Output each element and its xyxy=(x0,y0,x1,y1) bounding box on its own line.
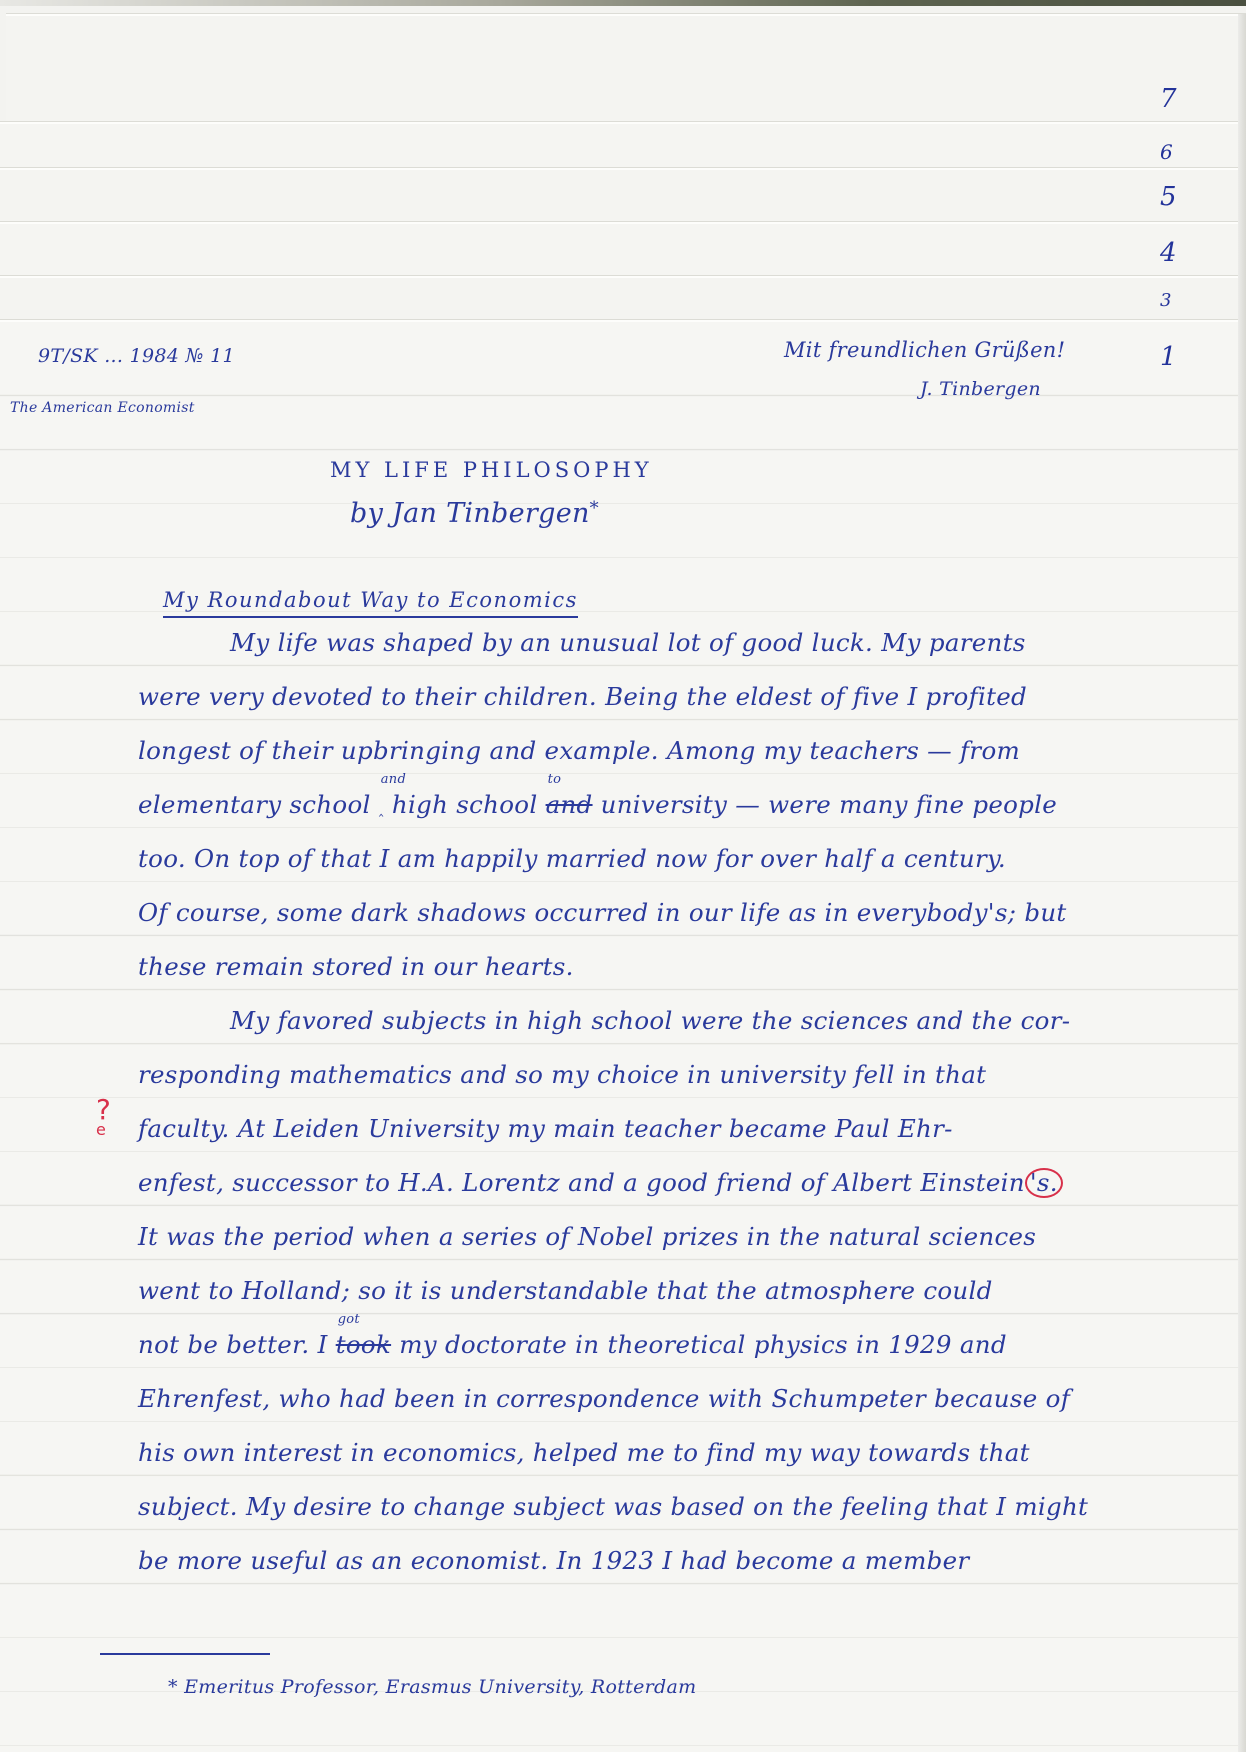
body-line-3: longest of their upbringing and example.… xyxy=(138,736,1228,765)
body-line-17: subject. My desire to change subject was… xyxy=(138,1492,1228,1521)
section-heading: My Roundabout Way to Economics xyxy=(163,588,578,618)
body-line-2: were very devoted to their children. Bei… xyxy=(138,682,1228,711)
footnote-text: * Emeritus Professor, Erasmus University… xyxy=(168,1676,696,1698)
text-elementary-school: elementary school xyxy=(138,790,371,819)
document-title: MY LIFE PHILOSOPHY xyxy=(330,458,653,482)
text-not-be-better: not be better. I xyxy=(138,1330,328,1359)
footnote-rule xyxy=(100,1653,270,1655)
front-page-ruled xyxy=(0,320,1246,1752)
insertion-and: ‸ and xyxy=(379,790,384,819)
text-ehrenfest-line: enfest, successor to H.A. Lorentz and a … xyxy=(138,1168,1025,1197)
text-doctorate: my doctorate in theoretical physics in 1… xyxy=(399,1330,1007,1359)
body-line-5: too. On top of that I am happily married… xyxy=(138,844,1228,873)
page-number-5: 5 xyxy=(1160,182,1177,212)
struck-took: took xyxy=(336,1330,391,1359)
body-line-10: faculty. At Leiden University my main te… xyxy=(138,1114,1228,1143)
struck-and: and xyxy=(546,790,593,819)
body-line-18: be more useful as an economist. In 1923 … xyxy=(138,1546,1228,1575)
body-line-1: My life was shaped by an unusual lot of … xyxy=(230,628,1246,657)
body-line-9: responding mathematics and so my choice … xyxy=(138,1060,1228,1089)
question-glyph: ? xyxy=(96,1100,111,1120)
body-line-13: went to Holland; so it is understandable… xyxy=(138,1276,1228,1305)
body-line-7: these remain stored in our hearts. xyxy=(138,952,1228,981)
body-line-11: enfest, successor to H.A. Lorentz and a … xyxy=(138,1168,1228,1198)
byline-text: by Jan Tinbergen xyxy=(350,498,590,529)
margin-question-mark: ? e xyxy=(96,1100,111,1140)
body-line-8: My favored subjects in high school were … xyxy=(230,1006,1246,1035)
page-right-edge xyxy=(1238,14,1246,1752)
footnote-marker: * xyxy=(590,498,599,519)
body-line-15: Ehrenfest, who had been in correspondenc… xyxy=(138,1384,1228,1413)
body-line-6: Of course, some dark shadows occurred in… xyxy=(138,898,1228,927)
page-number-4: 4 xyxy=(1160,238,1177,268)
signature: J. Tinbergen xyxy=(920,378,1041,400)
body-line-14: not be better. I took got my doctorate i… xyxy=(138,1330,1228,1359)
page-number-3: 3 xyxy=(1160,290,1172,311)
inserted-got: got xyxy=(338,1312,360,1327)
page-number-1: 1 xyxy=(1160,342,1177,372)
author-byline: by Jan Tinbergen* xyxy=(350,498,599,529)
inserted-to: to xyxy=(548,772,562,787)
correction-got: took got xyxy=(336,1330,391,1359)
greeting: Mit freundlichen Grüßen! xyxy=(784,338,1065,362)
scan-top-edge xyxy=(0,0,1246,6)
text-high-school: high school xyxy=(392,790,538,819)
inserted-and: and xyxy=(381,772,406,787)
body-line-12: It was the period when a series of Nobel… xyxy=(138,1222,1228,1251)
page-number-7: 7 xyxy=(1160,84,1177,114)
body-line-16: his own interest in economics, helped me… xyxy=(138,1438,1228,1467)
journal-name: The American Economist xyxy=(10,400,195,416)
red-circled-correction: 's. xyxy=(1025,1168,1063,1198)
page-number-6: 6 xyxy=(1160,140,1173,164)
reference-number: 9T/SK ... 1984 № 11 xyxy=(38,345,235,367)
body-line-4: elementary school ‸ and high school and … xyxy=(138,790,1228,819)
correction-to: and to xyxy=(546,790,593,819)
text-university: university — were many fine people xyxy=(601,790,1057,819)
